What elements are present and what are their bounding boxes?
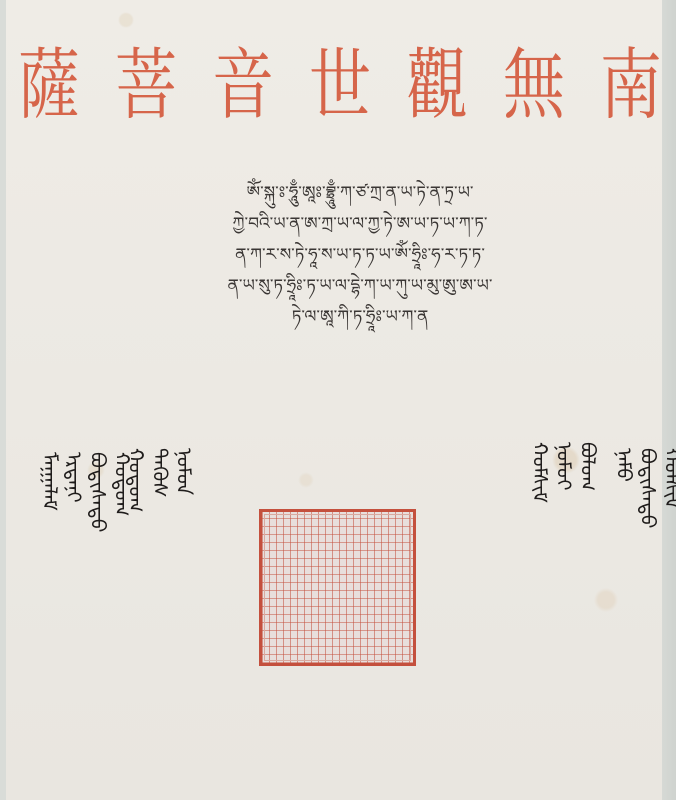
mongolian-column-far-left: ᠮᠠᠨ᠋ᠭᠠᠯᠠᠮ ᠡᠷᠳᠡᠨᠢ ᠪᠣᠳᠢᠰᠠᠳᠤ ᠬᠤᠲᠤᠭ [38, 452, 134, 558]
tibetan-line: ན་ཡ་སུ་ཏ་ཧྲཱིཿ་ཏ་ཡ་ལ་དྷེ་ཀ་ཡ་ཀུ་ཡ་མུ་ཨུ་… [60, 271, 660, 302]
mongolian-word: ᠨᠣᠮᠤᠨ [172, 448, 196, 512]
mongolian-column-far-right: ᠨᠠᠮᠤ ᠪᠣᠳᠢᠰᠠᠳᠤ ᠬᠣᠮᠰᠢᠮ ᠦᠵᠡᠭᠰᠡᠨ [612, 448, 676, 554]
mongolian-word: ᠪᠣᠳᠢᠰᠠᠳᠤ [636, 448, 660, 528]
title-char: 音 [212, 46, 274, 124]
mongolian-word: ᠬᠣᠲᠤᠭ [124, 448, 148, 512]
tibetan-line: ན་ཀ་ར་ས་ཏེ་ཧཱ་ས་ཡ་ཏ་ཏ་ཡ་ཨོཾ་ཧྲཱིཿ་ཧ་ར་ཏ་… [60, 240, 660, 271]
seal-script-title: 南 無 觀 世 音 菩 薩 [10, 30, 670, 140]
tibetan-line: ཏེ་ལ་ཨཱ་ཀི་ཏ་ཧྲཱིཿ་ཡ་ཀ་ན [60, 302, 660, 333]
mongolian-column-right: ᠬᠣᠮᠰᠢᠮ ᠨᠣᠮᠤᠢ ᠪᠣᠯᠤᠭ [528, 442, 600, 529]
tibetan-line: ཀྱེ་བའི་ཡ་ན་ཨ་ཀྲ་ཡ་ལ་ཀྱ་ཏེ་ཨ་ཡ་ཏ་ཡ་ཀ་ཏ་ [60, 209, 660, 240]
title-char: 世 [309, 46, 371, 124]
title-char: 南 [600, 46, 662, 124]
mongolian-word: ᠪᠣᠳᠢᠰᠠᠳᠤ [86, 452, 110, 532]
title-char: 薩 [18, 46, 80, 124]
tibetan-line: ༀ་སྐུ་ཿ་ཧཱུྃ་ཨཱཿ་བྷྲཱུྃ་ཀ་ཙ་ཀྲ་ན་ཡ་ཏེ་ན་… [60, 178, 660, 209]
mongolian-word: ᠨᠣᠮᠤᠢ [552, 442, 576, 503]
title-char: 菩 [115, 46, 177, 124]
mongolian-word: ᠡᠷᠳᠡᠨᠢ [62, 452, 86, 532]
mongolian-word: ᠬᠣᠮᠰᠢᠮ [660, 448, 676, 528]
mongolian-word: ᠮᠠᠨ᠋ᠭᠠᠯᠠᠮ [38, 452, 62, 532]
mongolian-column-left: ᠬᠣᠲᠤᠭ ᠲᠡᠭᠦᠰ ᠨᠣᠮᠤᠨ [124, 448, 196, 538]
mongolian-word: ᠪᠣᠯᠤᠭ [576, 442, 600, 503]
red-seal-stamp [259, 509, 416, 666]
mongolian-word: ᠬᠣᠮᠰᠢᠮ [528, 442, 552, 503]
mongolian-word: ᠲᠡᠭᠦᠰ [148, 448, 172, 512]
title-char: 無 [503, 46, 565, 124]
mongolian-word: ᠨᠠᠮᠤ [612, 448, 636, 528]
tibetan-mantra-block: ༀ་སྐུ་ཿ་ཧཱུྃ་ཨཱཿ་བྷྲཱུྃ་ཀ་ཙ་ཀྲ་ན་ཡ་ཏེ་ན་… [60, 178, 660, 333]
title-char: 觀 [406, 46, 468, 124]
